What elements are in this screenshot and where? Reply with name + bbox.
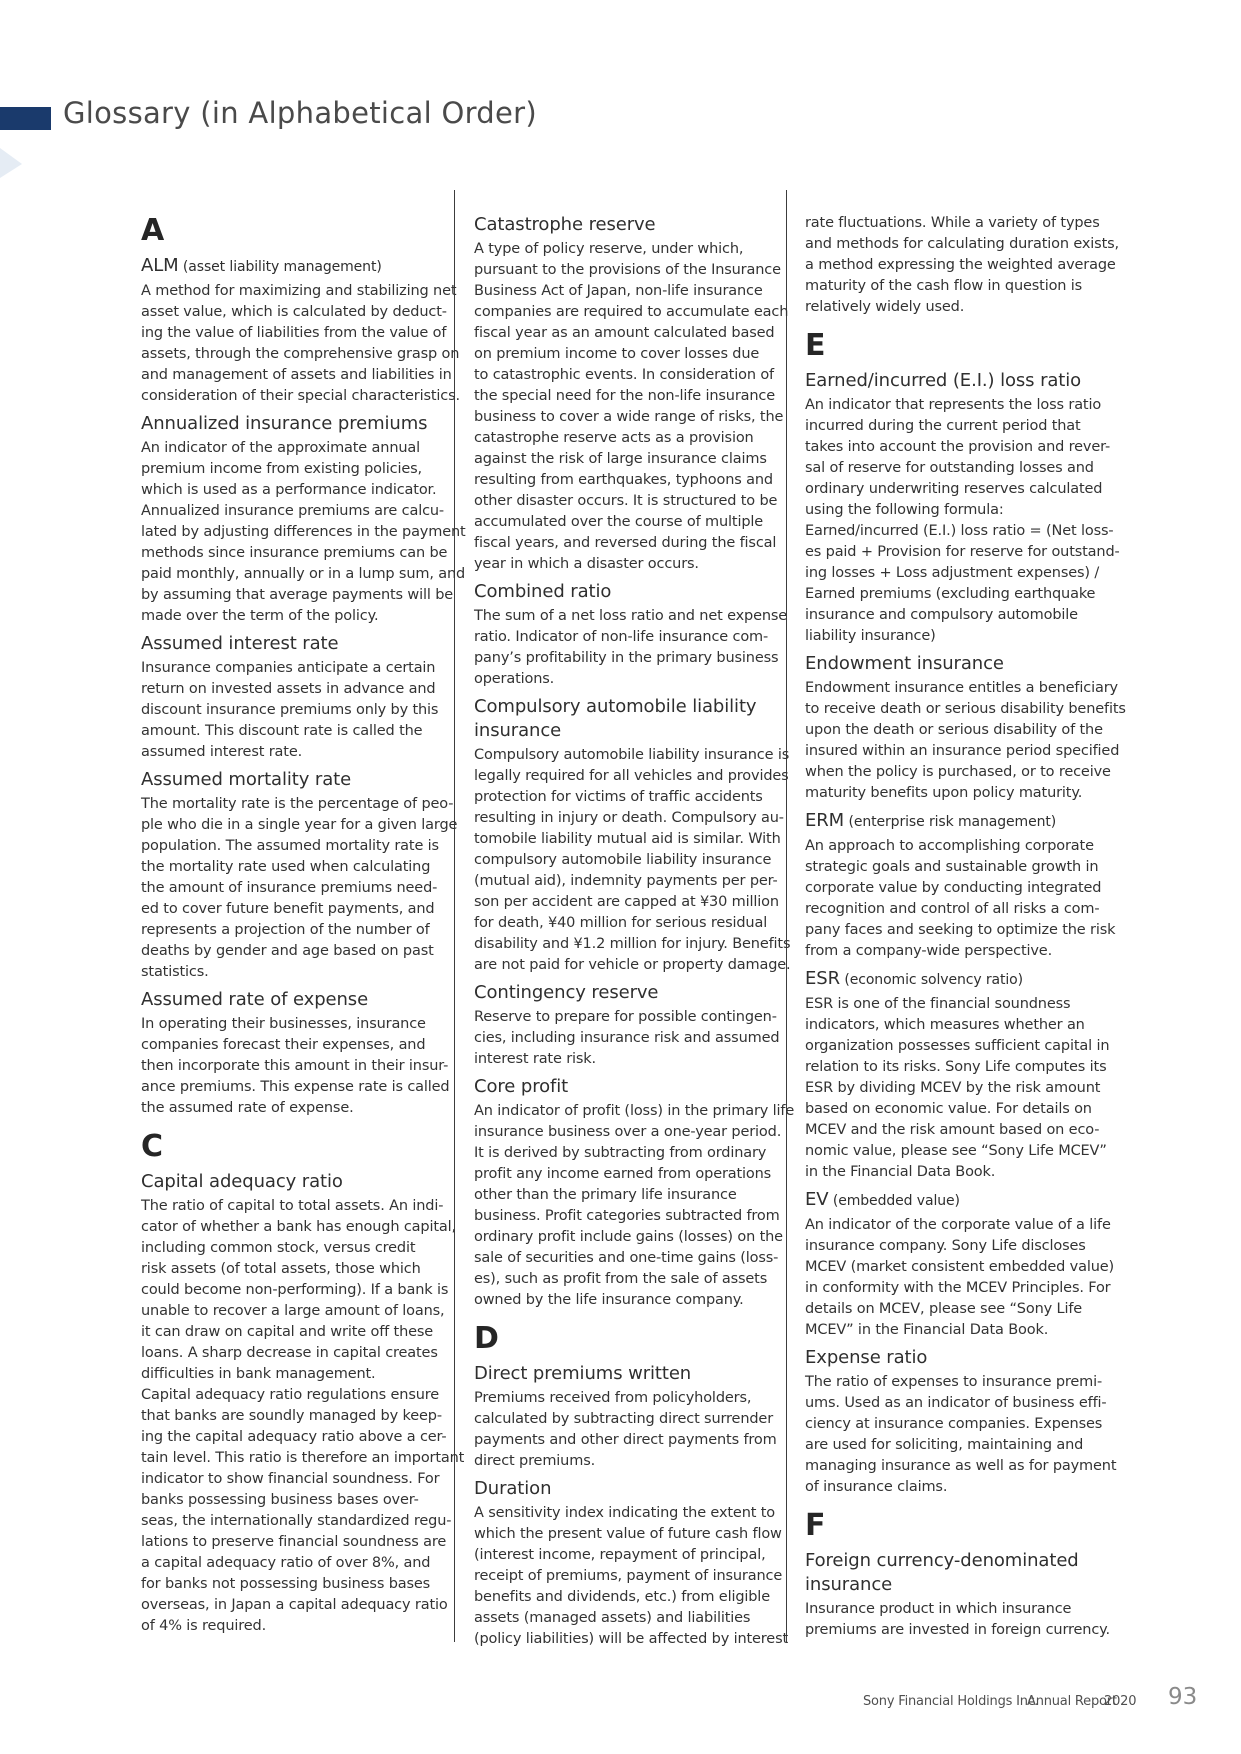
definition-text: Reserve to prepare for possible continge… (474, 1007, 770, 1070)
term-foreign-currency-denominated-insurance: Foreign currency-denominated insurance (805, 1549, 1101, 1597)
definition-text: A sensitivity index indicating the exten… (474, 1503, 770, 1650)
term-assumed-mortality-rate: Assumed mortality rate (141, 768, 437, 792)
definition-text: ESR is one of the financial soundness in… (805, 994, 1101, 1183)
definition-text: rate fluctuations. While a variety of ty… (805, 213, 1101, 318)
footer-company: Sony Financial Holdings Inc. (863, 1694, 1039, 1709)
definition-text: A type of policy reserve, under which, p… (474, 239, 770, 575)
term-label: ALM (141, 255, 179, 276)
definition-text: The mortality rate is the percentage of … (141, 794, 437, 983)
term-label: Earned/incurred (E.I.) loss ratio (805, 370, 1081, 391)
glossary-column-3: rate fluctuations. While a variety of ty… (805, 213, 1101, 1641)
term-label: Combined ratio (474, 581, 611, 602)
term-contingency-reserve: Contingency reserve (474, 981, 770, 1005)
term-compulsory-automobile-liability-insurance: Compulsory automobile liability insuranc… (474, 695, 770, 743)
term-label: Expense ratio (805, 1347, 927, 1368)
section-letter-a: A (141, 213, 437, 249)
term-endowment-insurance: Endowment insurance (805, 652, 1101, 676)
definition-text: An indicator of the approximate annual p… (141, 438, 437, 627)
definition-text: Premiums received from policyholders, ca… (474, 1388, 770, 1472)
term-core-profit: Core profit (474, 1075, 770, 1099)
term-assumed-rate-of-expense: Assumed rate of expense (141, 988, 437, 1012)
term-note: (embedded value) (829, 1193, 960, 1209)
definition-text: An indicator of profit (loss) in the pri… (474, 1101, 770, 1311)
definition-text: Insurance companies anticipate a certain… (141, 658, 437, 763)
term-note: (economic solvency ratio) (840, 972, 1023, 988)
term-duration: Duration (474, 1477, 770, 1501)
term-label: Foreign currency-denominated insurance (805, 1550, 1079, 1595)
definition-text: In operating their businesses, insurance… (141, 1014, 437, 1119)
definition-text: Insurance product in which insurance pre… (805, 1599, 1101, 1641)
column-divider-1 (454, 190, 455, 1642)
term-label: Direct premiums written (474, 1363, 691, 1384)
term-expense-ratio: Expense ratio (805, 1346, 1101, 1370)
definition-text: Endowment insurance entitles a beneficia… (805, 678, 1101, 804)
term-capital-adequacy-ratio: Capital adequacy ratio (141, 1170, 437, 1194)
term-label: Contingency reserve (474, 982, 658, 1003)
glossary-page: Glossary (in Alphabetical Order) AALM (a… (0, 0, 1241, 1754)
glossary-column-2: Catastrophe reserveA type of policy rese… (474, 213, 770, 1650)
definition-text: A method for maximizing and stabilizing … (141, 281, 437, 407)
definition-text: An indicator that represents the loss ra… (805, 395, 1101, 647)
section-letter-f: F (805, 1508, 1101, 1544)
section-letter-d: D (474, 1321, 770, 1357)
definition-text: An indicator of the corporate value of a… (805, 1215, 1101, 1341)
glossary-column-1: AALM (asset liability management)A metho… (141, 213, 437, 1637)
term-label: ERM (805, 810, 844, 831)
definition-text: An approach to accomplishing corporate s… (805, 836, 1101, 962)
term-label: Assumed mortality rate (141, 769, 351, 790)
term-label: EV (805, 1189, 829, 1210)
footer-year: 2020 (1104, 1694, 1136, 1709)
header-accent-bar (0, 107, 51, 130)
term-label: Compulsory automobile liability insuranc… (474, 696, 756, 741)
term-esr: ESR (economic solvency ratio) (805, 967, 1101, 992)
term-catastrophe-reserve: Catastrophe reserve (474, 213, 770, 237)
term-note: (asset liability management) (179, 259, 382, 275)
term-assumed-interest-rate: Assumed interest rate (141, 632, 437, 656)
term-label: Assumed interest rate (141, 633, 338, 654)
term-erm: ERM (enterprise risk management) (805, 809, 1101, 834)
section-letter-e: E (805, 328, 1101, 364)
term-annualized-insurance-premiums: Annualized insurance premiums (141, 412, 437, 436)
term-label: Core profit (474, 1076, 568, 1097)
term-label: Endowment insurance (805, 653, 1004, 674)
definition-text: Compulsory automobile liability insuranc… (474, 745, 770, 976)
term-earned-incurred-e-i-loss-ratio: Earned/incurred (E.I.) loss ratio (805, 369, 1101, 393)
term-label: ESR (805, 968, 840, 989)
definition-text: The ratio of capital to total assets. An… (141, 1196, 437, 1637)
term-combined-ratio: Combined ratio (474, 580, 770, 604)
term-ev: EV (embedded value) (805, 1188, 1101, 1213)
term-label: Assumed rate of expense (141, 989, 368, 1010)
section-letter-c: C (141, 1129, 437, 1165)
footer-page-number: 93 (1168, 1684, 1197, 1710)
term-note: (enterprise risk management) (844, 814, 1056, 830)
term-label: Capital adequacy ratio (141, 1171, 343, 1192)
term-label: Catastrophe reserve (474, 214, 656, 235)
definition-text: The sum of a net loss ratio and net expe… (474, 606, 770, 690)
term-direct-premiums-written: Direct premiums written (474, 1362, 770, 1386)
term-label: Annualized insurance premiums (141, 413, 427, 434)
page-title: Glossary (in Alphabetical Order) (63, 96, 537, 130)
term-alm: ALM (asset liability management) (141, 254, 437, 279)
column-divider-2 (786, 190, 787, 1642)
term-label: Duration (474, 1478, 551, 1499)
definition-text: The ratio of expenses to insurance premi… (805, 1372, 1101, 1498)
decorative-corner-mark (0, 148, 22, 178)
